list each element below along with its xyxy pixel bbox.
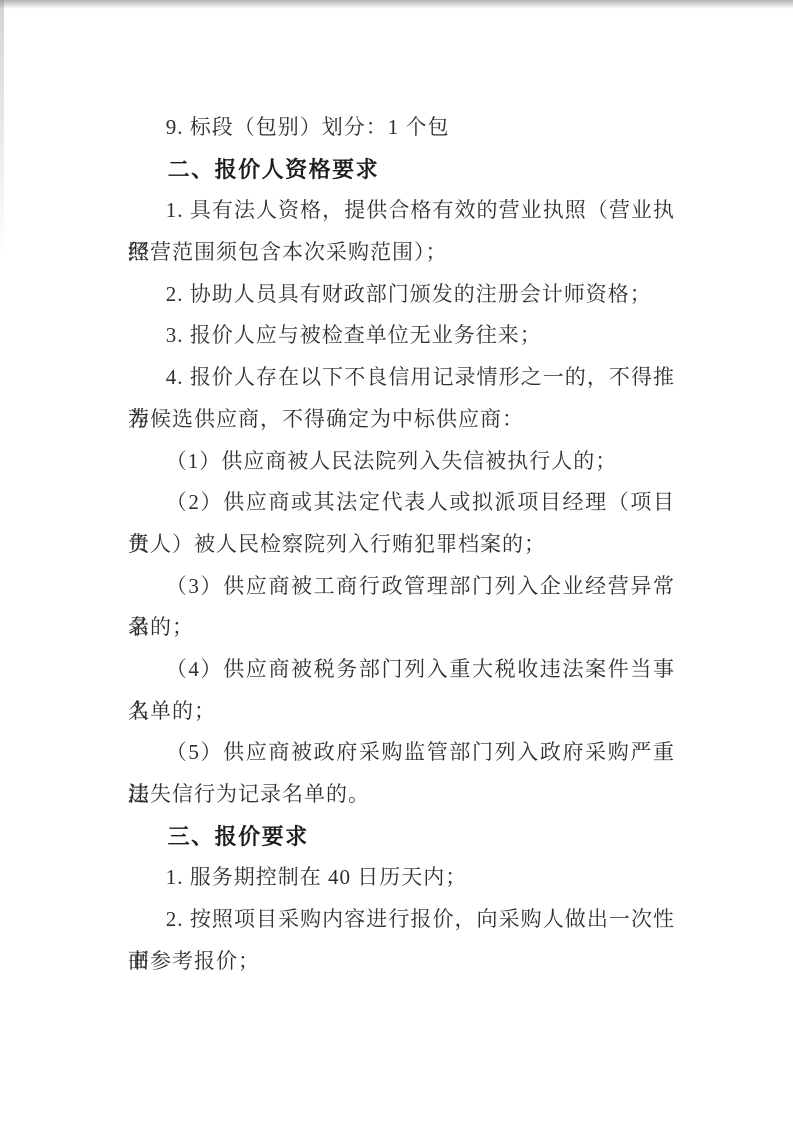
text-line: 法失信行为记录名单的。 [128, 774, 675, 816]
text-line: 为候选供应商，不得确定为中标供应商： [128, 399, 675, 441]
text-line: （2）供应商或其法定代表人或拟派项目经理（项目负 [128, 482, 675, 524]
text-line: 面参考报价； [128, 941, 675, 983]
scan-shadow-top [0, 0, 793, 9]
text-line: 责人）被人民检察院列入行贿犯罪档案的； [128, 524, 675, 566]
text-line: 2. 按照项目采购内容进行报价，向采购人做出一次性书 [128, 899, 675, 941]
text-line: （1）供应商被人民法院列入失信被执行人的； [128, 441, 675, 483]
text-line: 9. 标段（包别）划分：1 个包 [128, 107, 675, 149]
text-line: 1. 服务期控制在 40 日历天内； [128, 857, 675, 899]
text-line: 2. 协助人员具有财政部门颁发的注册会计师资格； [128, 274, 675, 316]
text-line: 1. 具有法人资格，提供合格有效的营业执照（营业执照 [128, 190, 675, 232]
section-heading: 三、报价要求 [128, 816, 675, 858]
text-line: （4）供应商被税务部门列入重大税收违法案件当事人 [128, 649, 675, 691]
text-line: 3. 报价人应与被检查单位无业务往来； [128, 315, 675, 357]
document-page: 9. 标段（包别）划分：1 个包二、报价人资格要求1. 具有法人资格，提供合格有… [0, 0, 793, 1121]
text-line: （3）供应商被工商行政管理部门列入企业经营异常名 [128, 566, 675, 608]
text-line: 4. 报价人存在以下不良信用记录情形之一的，不得推荐 [128, 357, 675, 399]
section-heading: 二、报价人资格要求 [128, 149, 675, 191]
text-line: 录的； [128, 607, 675, 649]
document-text-block: 9. 标段（包别）划分：1 个包二、报价人资格要求1. 具有法人资格，提供合格有… [128, 107, 675, 982]
text-line: （5）供应商被政府采购监管部门列入政府采购严重违 [128, 732, 675, 774]
text-line: 经营范围须包含本次采购范围）； [128, 232, 675, 274]
scan-shadow-left [0, 0, 4, 260]
text-line: 名单的； [128, 691, 675, 733]
